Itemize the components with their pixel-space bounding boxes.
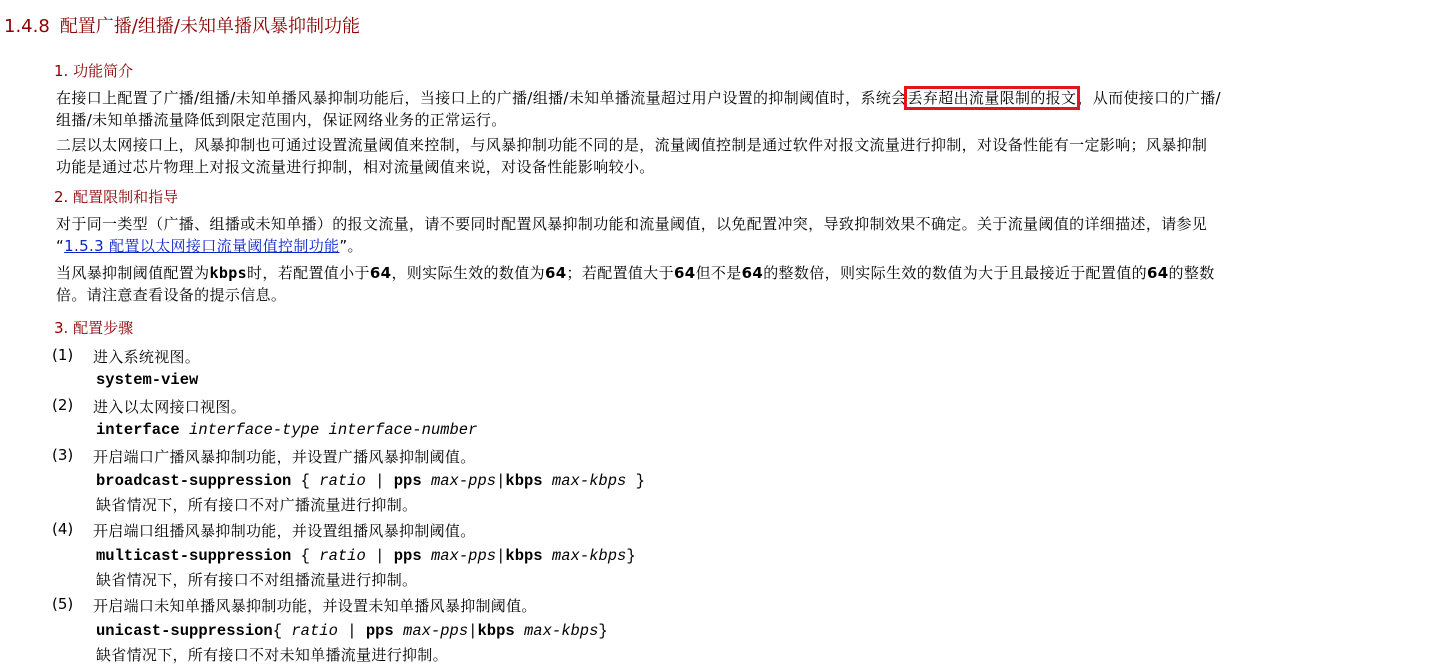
text-segment: ，从而使接口的广播/ [1077, 89, 1221, 107]
step-1-text: 进入系统视图。 [93, 346, 200, 367]
restrictions-p2-line2: 倍。请注意查看设备的提示信息。 [56, 284, 1424, 306]
number: 64 [674, 264, 696, 282]
text-segment: 当风暴抑制阈值配置为 [56, 264, 210, 282]
restrictions-p1-line2: “1.5.3 配置以太网接口流量阈值控制功能”。 [56, 235, 1424, 257]
arg-max-pps: max-pps [403, 622, 468, 640]
command-keyword: broadcast-suppression [96, 472, 291, 490]
restrictions-paragraph-2: 当风暴抑制阈值配置为kbps时，若配置值小于64，则实际生效的数值为64；若配置… [56, 262, 1424, 306]
step-1-command: system-view [96, 371, 198, 389]
step-5-text: 开启端口未知单播风暴抑制功能，并设置未知单播风暴抑制阈值。 [93, 595, 537, 616]
step-1-number: (1) [52, 346, 73, 364]
link-ethernet-traffic-threshold[interactable]: 1.5.3 配置以太网接口流量阈值控制功能 [64, 237, 339, 255]
step-3-number: (3) [52, 446, 73, 464]
overview-p1-line2: 组播/未知单播流量降低到限定范围内，保证网络业务的正常运行。 [56, 109, 1424, 131]
separator: | [375, 472, 384, 490]
arg-max-kbps: max-kbps [552, 547, 626, 565]
step-5-number: (5) [52, 595, 73, 613]
heading-restrictions: 2. 配置限制和指导 [54, 186, 178, 207]
step-5-note: 缺省情况下，所有接口不对未知单播流量进行抑制。 [96, 644, 448, 665]
section-title-text: 配置广播/组播/未知单播风暴抑制功能 [60, 16, 360, 37]
step-4-note: 缺省情况下，所有接口不对组播流量进行抑制。 [96, 569, 417, 590]
step-2-command: interface interface-type interface-numbe… [96, 421, 477, 439]
command-args: interface-type interface-number [189, 421, 477, 439]
brace-open: { [301, 547, 310, 565]
keyword-kbps: kbps [477, 622, 514, 640]
brace-open: { [273, 622, 282, 640]
quote-close: ”。 [339, 237, 362, 255]
step-2-number: (2) [52, 396, 73, 414]
overview-p1-line1: 在接口上配置了广播/组播/未知单播风暴抑制功能后，当接口上的广播/组播/未知单播… [56, 87, 1424, 109]
command-keyword: interface [96, 421, 180, 439]
text-segment: 但不是 [696, 264, 742, 282]
command-keyword: unicast-suppression [96, 622, 273, 640]
brace-open: { [301, 472, 310, 490]
heading-overview: 1. 功能简介 [54, 60, 133, 81]
number: 64 [1147, 264, 1169, 282]
step-3-note: 缺省情况下，所有接口不对广播流量进行抑制。 [96, 494, 417, 515]
overview-p2-line1: 二层以太网接口上，风暴抑制也可通过设置流量阈值来控制，与风暴抑制功能不同的是，流… [56, 134, 1424, 156]
restrictions-p1-line1: 对于同一类型（广播、组播或未知单播）的报文流量，请不要同时配置风暴抑制功能和流量… [56, 213, 1424, 235]
command-keyword: multicast-suppression [96, 547, 291, 565]
restrictions-p2-line1: 当风暴抑制阈值配置为kbps时，若配置值小于64，则实际生效的数值为64；若配置… [56, 262, 1424, 284]
text-segment: ；若配置值大于 [567, 264, 674, 282]
heading-steps: 3. 配置步骤 [54, 317, 133, 338]
brace-close: } [598, 622, 607, 640]
arg-ratio: ratio [319, 547, 366, 565]
arg-max-pps: max-pps [431, 472, 496, 490]
keyword-kbps: kbps [505, 472, 542, 490]
number: 64 [545, 264, 567, 282]
overview-paragraph-1: 在接口上配置了广播/组播/未知单播风暴抑制功能后，当接口上的广播/组播/未知单播… [56, 87, 1424, 131]
section-number: 1.4.8 [4, 16, 50, 37]
keyword-pps: pps [366, 622, 394, 640]
step-3-command: broadcast-suppression { ratio | pps max-… [96, 472, 645, 490]
text-segment: 在接口上配置了广播/组播/未知单播风暴抑制功能后，当接口上的广播/组播/未知单播… [56, 89, 907, 107]
number: 64 [370, 264, 392, 282]
separator: | [347, 622, 356, 640]
overview-paragraph-2: 二层以太网接口上，风暴抑制也可通过设置流量阈值来控制，与风暴抑制功能不同的是，流… [56, 134, 1424, 178]
keyword-pps: pps [394, 547, 422, 565]
step-4-number: (4) [52, 520, 73, 538]
arg-max-kbps: max-kbps [552, 472, 626, 490]
arg-max-kbps: max-kbps [524, 622, 598, 640]
keyword-pps: pps [394, 472, 422, 490]
step-4-command: multicast-suppression { ratio | pps max-… [96, 547, 636, 565]
brace-close: } [626, 547, 635, 565]
kbps-keyword: kbps [210, 264, 248, 282]
step-4-text: 开启端口组播风暴抑制功能，并设置组播风暴抑制阈值。 [93, 520, 476, 541]
text-segment: ，则实际生效的数值为 [391, 264, 545, 282]
section-title: 1.4.8配置广播/组播/未知单播风暴抑制功能 [4, 12, 360, 38]
quote-open: “ [56, 237, 64, 255]
command-keyword: system-view [96, 371, 198, 389]
overview-p2-line2: 功能是通过芯片物理上对报文流量进行抑制，相对流量阈值来说，对设备性能影响较小。 [56, 156, 1424, 178]
step-5-command: unicast-suppression{ ratio | pps max-pps… [96, 622, 608, 640]
restrictions-paragraph-1: 对于同一类型（广播、组播或未知单播）的报文流量，请不要同时配置风暴抑制功能和流量… [56, 213, 1424, 257]
text-segment: 的整数 [1169, 264, 1215, 282]
number: 64 [742, 264, 764, 282]
text-segment: 的整数倍，则实际生效的数值为大于且最接近于配置值的 [763, 264, 1147, 282]
arg-max-pps: max-pps [431, 547, 496, 565]
separator: | [496, 547, 505, 565]
separator: | [496, 472, 505, 490]
keyword-kbps: kbps [505, 547, 542, 565]
arg-ratio: ratio [319, 472, 366, 490]
step-2-text: 进入以太网接口视图。 [93, 396, 246, 417]
step-3-text: 开启端口广播风暴抑制功能，并设置广播风暴抑制阈值。 [93, 446, 476, 467]
brace-close: } [636, 472, 645, 490]
arg-ratio: ratio [291, 622, 338, 640]
separator: | [375, 547, 384, 565]
highlighted-text-box: 丢弃超出流量限制的报文 [907, 89, 1078, 107]
text-segment: 时，若配置值小于 [247, 264, 370, 282]
